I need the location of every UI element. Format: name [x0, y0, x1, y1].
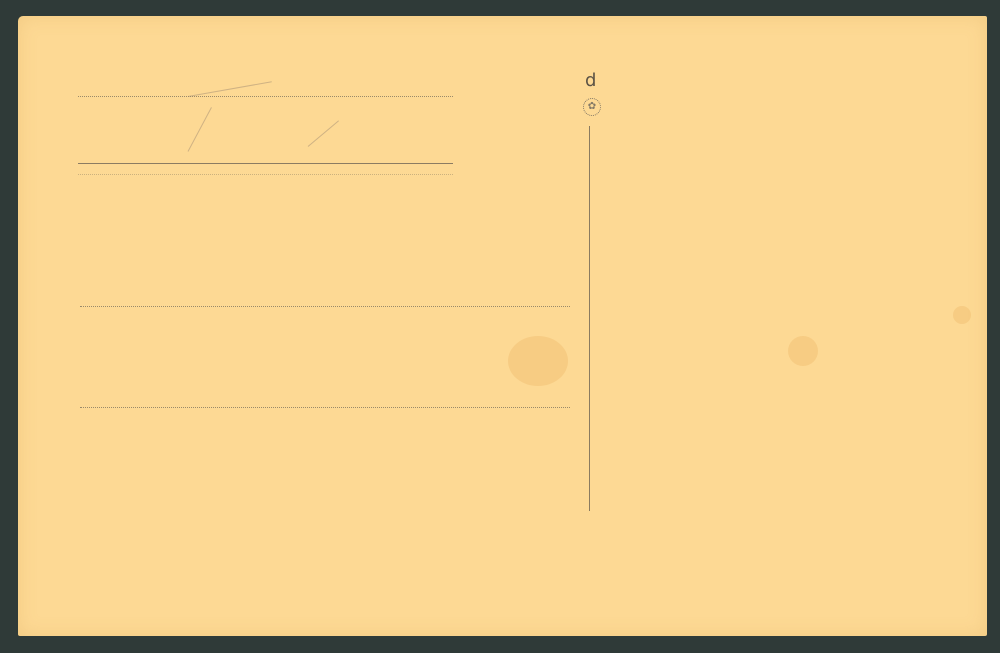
publisher-emblem-icon: ✿ [583, 98, 601, 116]
pencil-mark [188, 107, 212, 152]
pencil-mark [308, 120, 339, 146]
postcard-back: d ✿ [18, 16, 987, 636]
pencil-mark [188, 81, 272, 97]
center-divider-line [589, 126, 590, 511]
publisher-mark: d [585, 70, 596, 91]
message-line-2 [80, 407, 570, 408]
foxing-stain [788, 336, 818, 366]
address-line-2-under [78, 174, 453, 175]
address-line-1 [78, 96, 453, 97]
message-line-1 [80, 306, 570, 307]
address-line-2 [78, 163, 453, 164]
foxing-stain [508, 336, 568, 386]
foxing-stain [953, 306, 971, 324]
